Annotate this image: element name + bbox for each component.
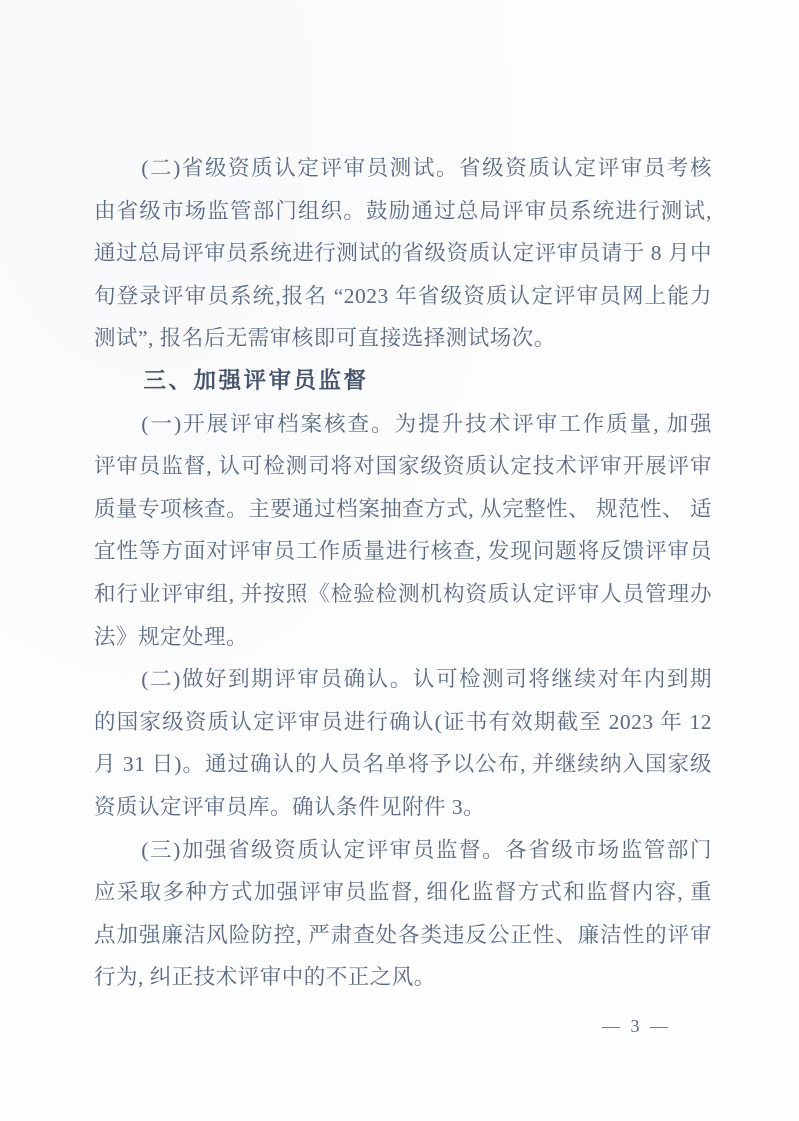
- paragraph-line: 法》规定处理。: [94, 616, 712, 659]
- paragraph-line: 旬登录评审员系统,报名 “2023 年省级资质认定评审员网上能力: [94, 275, 712, 318]
- paragraph-line: 点加强廉洁风险防控, 严肃查处各类违反公正性、廉洁性的评审: [94, 914, 712, 957]
- paragraph-line: 由省级市场监管部门组织。鼓励通过总局评审员系统进行测试,: [94, 190, 712, 233]
- paragraph-line: 月 31 日)。通过确认的人员名单将予以公布, 并继续纳入国家级: [94, 743, 712, 786]
- document-body: (二)省级资质认定评审员测试。省级资质认定评审员考核 由省级市场监管部门组织。鼓…: [94, 147, 712, 999]
- paragraph-line: 行为, 纠正技术评审中的不正之风。: [94, 956, 712, 999]
- paragraph-line: (一)开展评审档案核查。为提升技术评审工作质量, 加强: [94, 403, 712, 446]
- paragraph-line: 宜性等方面对评审员工作质量进行核查, 发现问题将反馈评审员: [94, 530, 712, 573]
- paragraph-line: 的国家级资质认定评审员进行确认(证书有效期截至 2023 年 12: [94, 701, 712, 744]
- document-page: (二)省级资质认定评审员测试。省级资质认定评审员考核 由省级市场监管部门组织。鼓…: [0, 0, 799, 1121]
- paragraph-line: 资质认定评审员库。确认条件见附件 3。: [94, 786, 712, 829]
- paragraph-line: 通过总局评审员系统进行测试的省级资质认定评审员请于 8 月中: [94, 232, 712, 275]
- scanned-document: { "content": { "lines": [ "(二)省级资质认定评审员测…: [0, 0, 799, 1121]
- paragraph-line: 应采取多种方式加强评审员监督, 细化监督方式和监督内容, 重: [94, 871, 712, 914]
- paragraph-line: (二)省级资质认定评审员测试。省级资质认定评审员考核: [94, 147, 712, 190]
- paragraph-line: 测试”, 报名后无需审核即可直接选择测试场次。: [94, 317, 712, 360]
- paragraph-line: 评审员监督, 认可检测司将对国家级资质认定技术评审开展评审: [94, 445, 712, 488]
- section-heading: 三、加强评审员监督: [94, 360, 712, 403]
- paragraph-line: (三)加强省级资质认定评审员监督。各省级市场监管部门: [94, 829, 712, 872]
- paragraph-line: (二)做好到期评审员确认。认可检测司将继续对年内到期: [94, 658, 712, 701]
- page-number: — 3 —: [602, 1016, 671, 1037]
- paragraph-line: 和行业评审组, 并按照《检验检测机构资质认定评审人员管理办: [94, 573, 712, 616]
- paragraph-line: 质量专项核查。主要通过档案抽查方式, 从完整性、 规范性、 适: [94, 488, 712, 531]
